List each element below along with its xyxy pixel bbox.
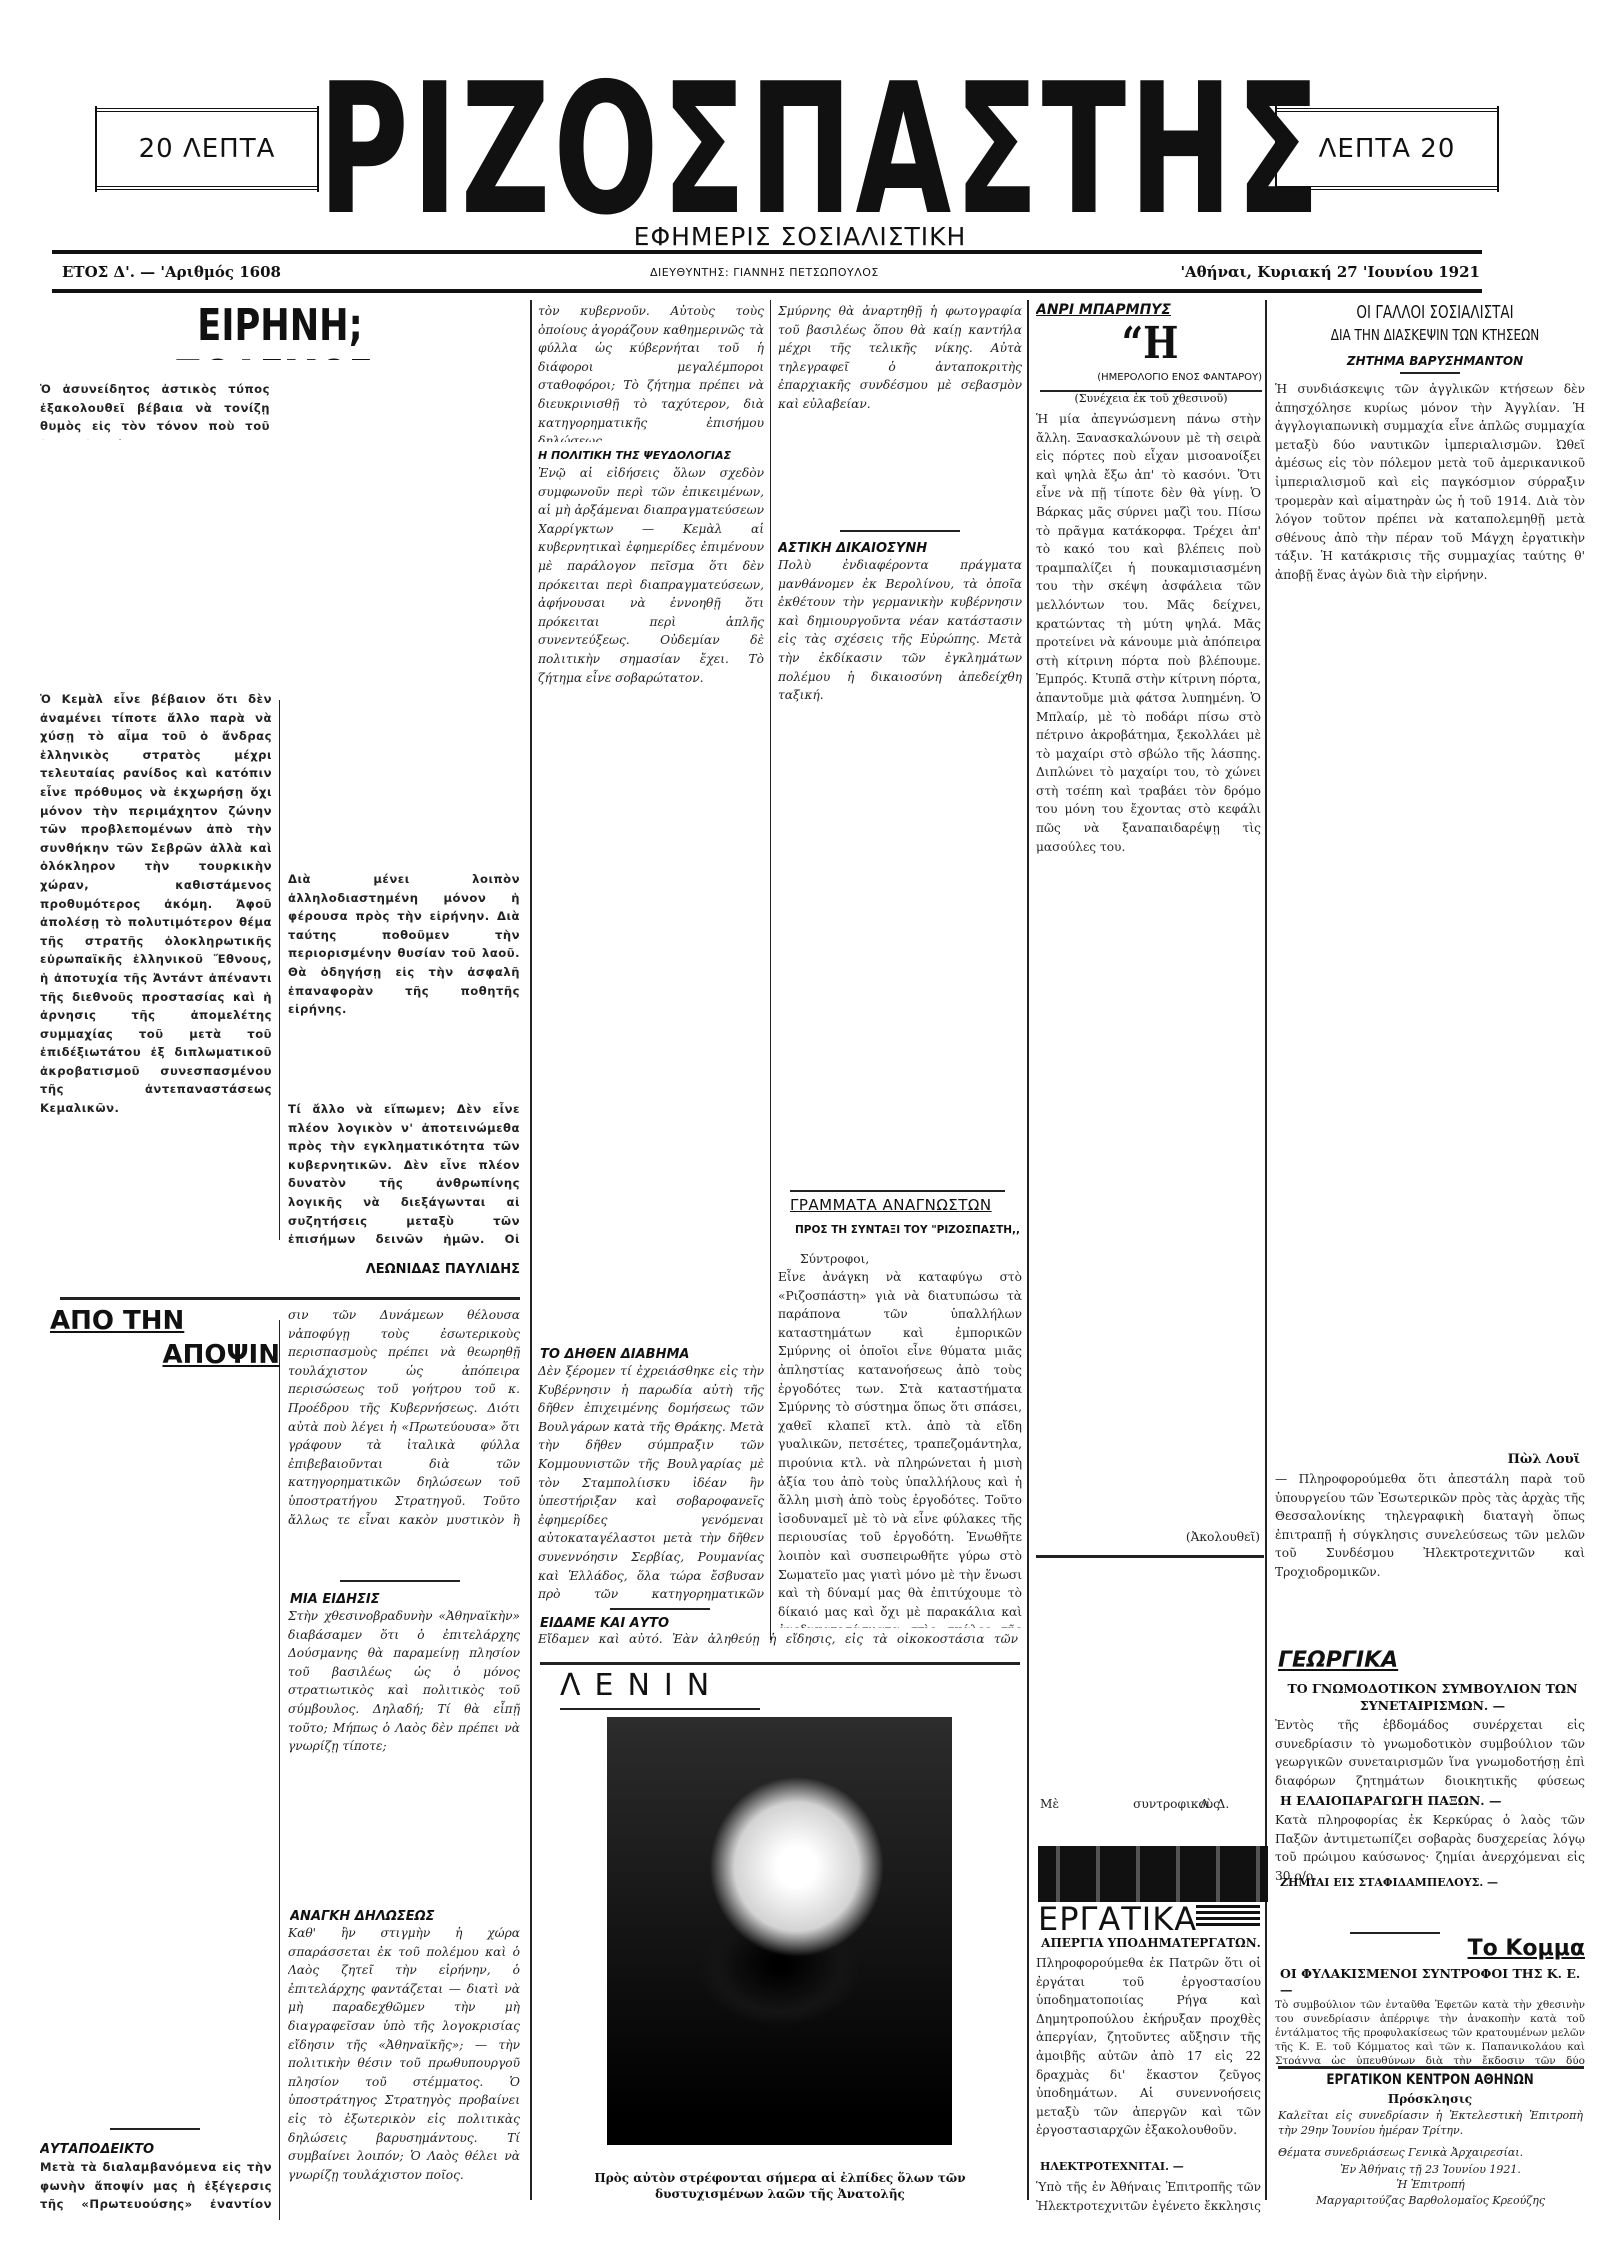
- grammata-text: Εἶνε ἀνάγκη νὰ καταφύγω στὸ «Ριζοσπάστη»…: [778, 1268, 1022, 1628]
- gallos-tail: — Πληροφορούμεθα ὅτι ἀπεστάλη παρὰ τοῦ ὑ…: [1275, 1470, 1585, 1640]
- column-rule: [530, 300, 532, 2200]
- ergatiko-kentro-committee: Ἡ Ἐπιτροπή: [1278, 2177, 1583, 2193]
- section-rule: [60, 1297, 520, 1300]
- fotia-continues: (Ἀκολουθεῖ): [1170, 1528, 1260, 1546]
- col2-top-text: τὸν κυβερνοῦν. Αὐτοὺς τοὺς ὁποίους ἀγορά…: [538, 302, 764, 442]
- ergatika-item2-title: ΗΛΕΚΤΡΟΤΕΧΝΙΤΑΙ. —: [1040, 2160, 1262, 2178]
- headline-ergatiko-kentro: ΕΡΓΑΤΙΚΟΝ ΚΕΝΤΡΟΝ ΑΘΗΝΩΝ: [1298, 2072, 1562, 2092]
- headline-gallos-1: ΟΙ ΓΑΛΛΟΙ ΣΟΣΙΑΛΙΣΤΑΙ: [1315, 302, 1555, 326]
- apopsi-text: σιν τῶν Δυνάμεων θέλουσα νἀποφύγῃ τοὺς ἐ…: [288, 1306, 520, 1526]
- georgika-item3-title: ΖΗΜΙΑΙ ΕΙΣ ΣΤΑΦΙΔΑΜΠΕΛΟΥΣ. —: [1280, 1876, 1585, 1894]
- ergatiko-kentro-names: Μαργαριτούζας Βαρθολομαῖος Κρεούζης: [1278, 2193, 1583, 2211]
- ergatika-item1-text: Πληροφορούμεθα ἐκ Πατρῶν ὅτι οἱ ἐργάται …: [1036, 1954, 1261, 2154]
- fotia-text: Ἡ μία ἀπεγνώσμενη πάνω στὴν ἄλλη. Ξανασκ…: [1036, 410, 1261, 1510]
- column-rule: [279, 1320, 280, 2220]
- headline-apopsi-2: ΑΠΟΨΙΝ ΜΑΣ: [110, 1340, 280, 1370]
- komma-item-title: ΟΙ ΦΥΛΑΚΙΣΜΕΝΟΙ ΣΥΝΤΡΟΦΟΙ ΤΗΣ Κ. Ε. —: [1280, 1966, 1585, 2000]
- gallos-byline: Πὼλ Λουΐ: [1420, 1452, 1580, 1470]
- ergatiko-kentro-date: Ἐν Ἀθήναις τῇ 23 Ἰουνίου 1921.: [1278, 2162, 1583, 2178]
- fotia-continued: (Συνέχεια ἐκ τοῦ χθεσινοῦ): [1040, 392, 1262, 410]
- factory-illustration: [1038, 1846, 1268, 1902]
- section-rule: [1036, 1555, 1264, 1558]
- lenin-caption: Πρὸς αὐτὸν στρέφονται σήμερα αἱ ἐλπίδες …: [540, 2170, 1020, 2210]
- column-rule: [279, 700, 280, 1240]
- col2-mid-text: Σμύρνης θὰ ἀναρτηθῇ ἡ φωτογραφία τοῦ βασ…: [778, 302, 1022, 562]
- komma-item-text: Τὸ συμβούλιον τῶν ἐνταῦθα Ἐφετῶν κατὰ τὴ…: [1275, 1998, 1585, 2064]
- georgika-item1-title: ΤΟ ΓΝΩΜΟΔΟΤΙΚΟΝ ΣΥΜΒΟΥΛΙΟΝ ΤΩΝ ΣΥΝΕΤΑΙΡΙ…: [1280, 1680, 1585, 1716]
- eirini-closing: Τί ἄλλο νὰ εἴπωμεν; Δὲν εἶνε πλέον λογικ…: [288, 1100, 520, 1250]
- grammata-closing: Μὲ συντροφικοὺς χαιρετισμούς: [1040, 1795, 1220, 1813]
- astiki-dikaiosyni-text: Πολὺ ἐνδιαφέροντα πράγματα μανθάνομεν ἐκ…: [778, 556, 1022, 1171]
- column-rule: [1027, 300, 1029, 2200]
- issue-number: ΕΤΟΣ Δ'. — 'Αριθμός 1608: [62, 263, 281, 281]
- section-rule: [540, 1662, 1020, 1665]
- grammata-signature: Λ. Δ.: [1200, 1795, 1260, 1813]
- section-rule: [110, 2128, 200, 2130]
- gallos-text: Ἡ συνδιάσκεψις τῶν ἀγγλικῶν κτήσεων δὲν …: [1275, 380, 1585, 1450]
- eirini-body: Ὁ Κεμὰλ εἶνε βέβαιον ὅτι δὲν ἀναμένει τί…: [40, 690, 272, 1240]
- eirini-body-right: Διὰ μένει λοιπὸν ἀλληλοδιαστημένη μόνον …: [288, 870, 520, 1080]
- masthead-rule: [52, 250, 1482, 254]
- price-left: 20 ΛΕΠΤΑ: [97, 108, 317, 190]
- section-rule: [610, 1608, 710, 1610]
- section-rule: [1278, 2066, 1584, 2069]
- headline-lenin: ΛΕΝΙΝ: [560, 1668, 760, 1710]
- section-rule: [340, 1580, 460, 1582]
- headline-grammata: ΓΡΑΜΜΑΤΑ ΑΝΑΓΝΩΣΤΩΝ: [790, 1196, 1025, 1218]
- ergatiko-kentro-sub: Πρόσκλησις: [1275, 2092, 1585, 2108]
- aytapodeikto-text: Μετὰ τὰ διαλαμβανόμενα εἰς τὴν φωνὴν ἄπο…: [40, 2158, 272, 2214]
- headline-ergatika: ΕΡΓΑΤΙΚΑ: [1038, 1900, 1198, 1934]
- ergatiko-kentro-text: Καλεῖται εἰς συνεδρίασιν ἡ Ἐκτελεστικὴ Ἐ…: [1278, 2108, 1583, 2144]
- section-rule: [840, 530, 960, 532]
- psevdologia-text: Ἐνῷ αἱ εἰδήσεις ὅλων σχεδὸν συμφωνοῦν πε…: [538, 464, 764, 1264]
- issue-date: 'Αθήναι, Κυριακή 27 'Ιουνίου 1921: [1180, 263, 1480, 281]
- gallos-subheading: ΖΗΤΗΜΑ ΒΑΡΥΣΗΜΑΝΤΟΝ: [1275, 354, 1595, 372]
- anagki-dilosis-text: Καθ' ἣν στιγμὴν ἡ χώρα σπαράσσεται ἐκ το…: [288, 1924, 520, 2210]
- headline-gallos-2: ΔΙΑ ΤΗΝ ΔΙΑΣΚΕΨΙΝ ΤΩΝ ΚΤΗΣΕΩΝ: [1303, 326, 1567, 348]
- section-rule: [1350, 1932, 1440, 1934]
- lenin-portrait: [607, 1717, 952, 2145]
- grammata-salutation: Σύντροφοι,: [800, 1250, 1020, 1268]
- section-rule: [790, 1190, 1005, 1192]
- ergatika-stripes: [1196, 1905, 1260, 1929]
- eirini-byline: ΛΕΩΝΙΔΑΣ ΠΑΥΛΙΔΗΣ: [330, 1262, 520, 1282]
- georgika-item1-text: Ἐντὸς τῆς ἑβδομάδος συνέρχεται εἰς συνεδ…: [1275, 1716, 1585, 1792]
- fotia-subtitle: (ΗΜΕΡΟΛΟΓΙΟ ΕΝΟΣ ΦΑΝΤΑΡΟΥ): [1040, 372, 1262, 388]
- ergatika-item2-text: Ὑπὸ τῆς ἐν Ἀθήναις Ἐπιτροπῆς τῶν Ἠλεκτρο…: [1036, 2178, 1261, 2214]
- headline-komma: Το Κομμα: [1400, 1936, 1585, 1964]
- headline-eirini: ΕΙΡΗΝΗ; ΠΟΛΕΜΟΣ;: [88, 300, 472, 360]
- section-rule: [1400, 372, 1460, 374]
- ergatiko-kentro-agenda: Θέματα συνεδριάσεως Γενικὰ Ἀρχαιρεσίαι.: [1278, 2145, 1583, 2161]
- georgika-item2-title: Η ΕΛΑΙΟΠΑΡΑΓΩΓΗ ΠΑΞΩΝ. —: [1280, 1793, 1585, 1811]
- eidame-kai-ayto-text: Εἴδαμεν καὶ αὐτό. Ἐὰν ἀληθεύῃ ἡ εἴδησις,…: [538, 1630, 1018, 1650]
- column-rule: [1265, 300, 1267, 2200]
- headline-apopsi-1: ΑΠΟ ΤΗΝ: [50, 1306, 280, 1336]
- mia-eidisis-text: Στὴν χθεσινοβραδυνὴν «Ἀθηναϊκὴν» διαβάσα…: [288, 1607, 520, 1897]
- newspaper-title: ΡΙΖΟΣΠΑΣΤΗΣ: [318, 66, 1218, 234]
- column-rule: [770, 300, 771, 1640]
- grammata-sub: ΠΡΟΣ ΤΗ ΣΥΝΤΑΞΙ ΤΟΥ "ΡΙΖΟΣΠΑΣΤΗ,,: [790, 1224, 1025, 1242]
- newspaper-subtitle: ΕΦΗΜΕΡΙΣ ΣΟΣΙΑΛΙΣΤΙΚΗ: [0, 222, 1600, 251]
- editor-line: ΔΙΕΥΘΥΝΤΗΣ: ΓΙΑΝΝΗΣ ΠΕΤΣΩΠΟΥΛΟΣ: [650, 266, 879, 279]
- dithen-diavima-text: Δὲν ξέρομεν τί ἐχρειάσθηκε εἰς τὴν Κυβέρ…: [538, 1362, 764, 1602]
- eirini-lead: Ὁ ἀσυνείδητος ἀστικὸς τύπος ἐξακολουθεῖ …: [40, 380, 270, 440]
- ergatika-item1-title: ΑΠΕΡΓΙΑ ΥΠΟΔΗΜΑΤΕΡΓΑΤΩΝ. —: [1040, 1936, 1262, 1954]
- headline-georgika: ΓΕΩΡΓΙΚΑ: [1278, 1648, 1418, 1678]
- headline-fotia: “Η ΦΩΤΙΑ„: [1048, 316, 1252, 372]
- dateline-rule: [52, 289, 1482, 293]
